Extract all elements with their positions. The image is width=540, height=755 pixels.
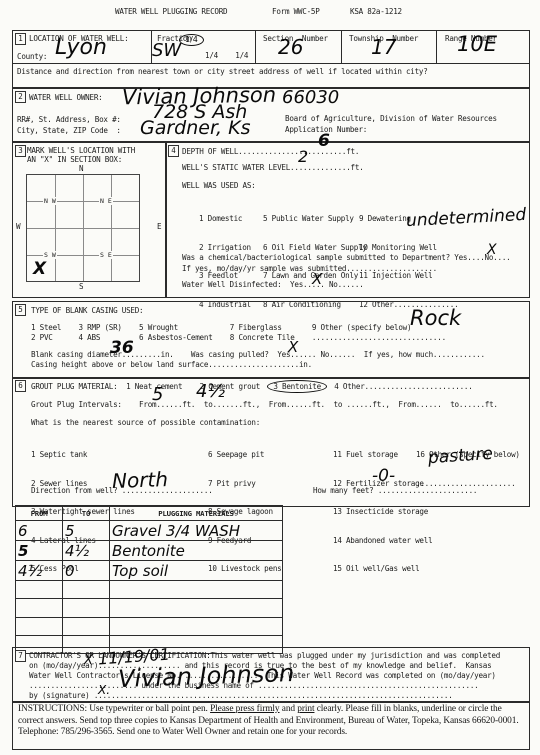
table-row	[16, 617, 283, 635]
how-many-feet-line: How many feet? .......................	[313, 486, 477, 495]
grid-ne-label: N E	[99, 197, 113, 205]
date-x-mark: X	[84, 654, 93, 667]
plugging-materials-table: FROM TO PLUGGING MATERIALS 6 5 Gravel 3/…	[15, 505, 283, 654]
signature-x-mark: X.	[98, 684, 110, 696]
table-row: 4½ 0 Top soil	[16, 561, 283, 581]
diameter-handwritten-value: 36	[110, 340, 134, 357]
contamination-item: 13 Insecticide storage	[333, 507, 432, 517]
section2-number: 2	[15, 91, 26, 103]
chemical-sample-question: Was a chemical/bacteriological sample su…	[182, 253, 510, 262]
casing-options-row2: 2 PVC 4 ABS 6 Asbestos-Cement 8 Concrete…	[31, 333, 446, 342]
form-statute: KSA 82a-1212	[350, 7, 402, 16]
grout-intervals-line: Grout Plug Intervals: From......ft. to..…	[31, 400, 498, 409]
compass-north-label: N	[79, 164, 83, 173]
disinfected-line: Water Well Disinfected: Yes..... No.....…	[182, 280, 364, 289]
table-row	[16, 581, 283, 599]
section6-grout-box: 6 GROUT PLUG MATERIAL: 1 Neat cement 2 C…	[12, 377, 530, 507]
table-row: 5 4½ Bentonite	[16, 541, 283, 561]
county-handwritten-value: Lyon	[55, 37, 107, 59]
fraction-quarters: 1/4 1/4	[205, 51, 248, 60]
contamination-item: 6 Seepage pit	[208, 450, 281, 460]
material-value: Gravel 3/4 WASH	[112, 522, 240, 540]
section3-title-line1: MARK WELL'S LOCATION WITH	[27, 146, 135, 155]
used-as-item: 6 Oil Field Water Supply	[263, 243, 367, 253]
from-column-header: FROM	[16, 506, 63, 521]
feet-handwritten-value: -0-	[372, 468, 395, 485]
used-as-item: 10 Monitoring Well	[359, 243, 458, 253]
contamination-item: 14 Abandoned water well	[333, 536, 432, 546]
township-handwritten-value: 17	[371, 37, 396, 57]
from-value: 6	[18, 522, 28, 540]
form-number: Form WWC-5P	[272, 7, 320, 16]
divider	[341, 31, 342, 63]
contamination-question: What is the nearest source of possible c…	[31, 418, 260, 427]
compass-west-label: W	[16, 222, 20, 231]
instructions-text: INSTRUCTIONS: Use typewriter or ball poi…	[18, 704, 524, 739]
instructions-pre: INSTRUCTIONS: Use typewriter or ball poi…	[18, 704, 210, 714]
section6-number: 6	[15, 380, 26, 392]
instructions-mid: and	[280, 704, 298, 714]
county-label: County:	[17, 52, 47, 61]
owner-title: WATER WELL OWNER:	[29, 93, 102, 102]
section3-title-line2: AN "X" IN SECTION BOX:	[27, 155, 122, 164]
used-as-item: 2 Irrigation	[199, 243, 251, 253]
section7-number: 7	[15, 650, 26, 662]
section5-number: 5	[15, 304, 26, 316]
interval-to-handwritten-value: 4½	[196, 383, 225, 401]
well-used-as-label: WELL WAS USED AS:	[182, 181, 255, 190]
owner-signature: Vivian Johnson	[118, 661, 295, 691]
instructions-underlined-1: Please press firmly	[210, 704, 279, 714]
grout-material-post: 4 Other.........................	[330, 382, 473, 391]
contamination-column-4: 16 Other (specify below) ...............…	[416, 431, 520, 507]
table-row	[16, 599, 283, 617]
contamination-item: 1 Septic tank	[31, 450, 135, 460]
table-row: 6 5 Gravel 3/4 WASH	[16, 521, 283, 541]
zip-handwritten-value: 66030	[282, 89, 339, 107]
disinfected-yes-x-mark: X	[312, 272, 322, 287]
certification-line5: by (signature) .........................…	[29, 691, 453, 700]
to-value: 4½	[65, 542, 89, 560]
form-title: WATER WELL PLUGGING RECORD	[115, 7, 227, 16]
direction-handwritten-value: North	[112, 469, 169, 491]
casing-pulled-yes-x-mark: X	[288, 340, 298, 355]
chemical-sample-no-x-mark: X	[487, 243, 497, 257]
casing-title: TYPE OF BLANK CASING USED:	[31, 306, 143, 315]
to-column-header: TO	[63, 506, 110, 521]
contamination-item: 7 Pit privy	[208, 479, 281, 489]
city-label: City, State, ZIP Code :	[17, 126, 121, 135]
divider	[255, 31, 256, 63]
instructions-box: INSTRUCTIONS: Use typewriter or ball poi…	[12, 701, 530, 750]
compass-south-label: S	[79, 282, 83, 291]
contamination-item: 15 Oil well/Gas well	[333, 564, 432, 574]
static-water-level-line: WELL'S STATIC WATER LEVEL..............f…	[182, 163, 364, 172]
section4-number: 4	[168, 145, 179, 157]
distance-question: Distance and direction from nearest town…	[17, 67, 428, 76]
section3-number: 3	[15, 145, 26, 157]
from-value: 5	[18, 542, 28, 560]
static-level-handwritten-value: 2	[298, 149, 308, 165]
grid-line	[27, 228, 139, 229]
used-as-item: 5 Public Water Supply	[263, 214, 367, 224]
material-value: Bentonite	[112, 542, 185, 560]
to-value: 0	[65, 562, 75, 580]
table-header-row: FROM TO PLUGGING MATERIALS	[16, 506, 283, 521]
grid-nw-label: N W	[43, 197, 57, 205]
grid-sw-label: S W	[43, 251, 57, 259]
scanned-form-page: WATER WELL PLUGGING RECORD Form WWC-5P K…	[0, 0, 540, 755]
depth-handwritten-value: 6	[318, 133, 330, 150]
casing-other-handwritten-value: Rock	[410, 308, 461, 329]
interval-from-handwritten-value: 5	[152, 386, 163, 404]
used-as-item: 1 Domestic	[199, 214, 251, 224]
board-text: Board of Agriculture, Division of Water …	[285, 114, 497, 123]
compass-east-label: E	[157, 222, 161, 231]
section1-number: 1	[15, 33, 26, 45]
grout-material-pre: GROUT PLUG MATERIAL: 1 Neat cement 2 Cem…	[31, 382, 264, 391]
address-label: RR#, St. Address, Box #:	[17, 115, 121, 124]
fraction-handwritten-value: SW	[152, 42, 181, 60]
contamination-other-handwritten-value: pasture	[427, 446, 493, 467]
instructions-underlined-2: print	[297, 704, 314, 714]
well-location-x-mark: X	[33, 261, 46, 278]
depth-of-well-line: DEPTH OF WELL.........................ft…	[182, 147, 359, 156]
casing-height-line: Casing height above or below land surfac…	[31, 360, 312, 369]
from-value: 4½	[18, 562, 42, 580]
to-value: 5	[65, 522, 75, 540]
city-handwritten-value: Gardner, Ks	[140, 119, 250, 138]
casing-diameter-line: Blank casing diameter.........in. Was ca…	[31, 350, 485, 359]
fraction-circled-quarter: 1/4	[179, 34, 204, 46]
casing-options-row1: 1 Steel 3 RMP (SR) 5 Wrought 7 Fiberglas…	[31, 323, 411, 332]
divider	[436, 31, 437, 63]
divider	[13, 63, 529, 64]
materials-column-header: PLUGGING MATERIALS	[110, 506, 283, 521]
sample-date-line: If yes, mo/day/yr sample was submitted..…	[182, 264, 437, 273]
grout-bentonite-circled: 3 Bentonite	[267, 380, 327, 393]
grout-material-line: GROUT PLUG MATERIAL: 1 Neat cement 2 Cem…	[31, 382, 473, 391]
range-handwritten-value: 10E	[457, 34, 497, 55]
material-value: Top soil	[112, 562, 168, 580]
section-handwritten-value: 26	[278, 37, 303, 57]
grid-se-label: S E	[99, 251, 113, 259]
